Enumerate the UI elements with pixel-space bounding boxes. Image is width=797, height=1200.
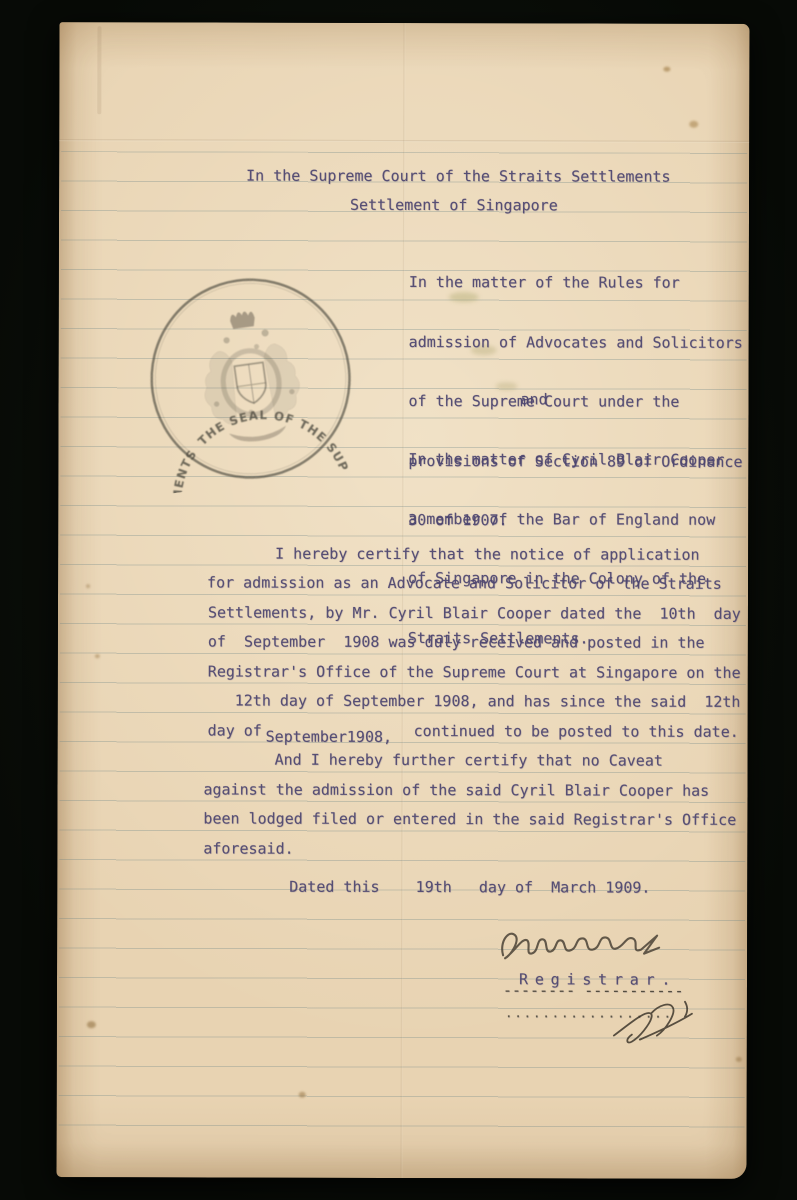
edge-smudge <box>97 26 101 114</box>
body-line: And I hereby further certify that no Cav… <box>275 753 663 769</box>
stain-spot <box>87 1021 96 1028</box>
stain-spot <box>95 654 100 658</box>
photograph-background: THE SEAL OF THE SUPREME COURT OF THE STR… <box>0 0 797 1200</box>
body-line: aforesaid. <box>203 841 293 856</box>
body-line: 12th day of September 1908, and has sinc… <box>235 694 741 710</box>
dated-line: Dated this 19th day of March 1909. <box>289 880 650 896</box>
body-line-segment: day of <box>208 723 262 738</box>
body-line: against the admission of the said Cyril … <box>203 782 709 798</box>
matter2-line: a member of the Bar of England now <box>408 512 724 542</box>
and-connector: and <box>521 392 548 407</box>
body-line: for admission as an Advocate and Solicit… <box>207 575 722 591</box>
matter1-line: admission of Advocates and Solicitors <box>409 335 743 365</box>
stain-spot <box>299 1092 306 1098</box>
body-line: Settlements, by Mr. Cyril Blair Cooper d… <box>208 605 741 621</box>
stain-spot <box>736 1057 742 1062</box>
body-line-segment: continued to be posted to this date. <box>414 724 739 740</box>
stain-spot <box>689 121 698 128</box>
heading-court: In the Supreme Court of the Straits Sett… <box>246 169 670 185</box>
stain-spot <box>663 67 670 72</box>
registrar-signature <box>495 923 667 971</box>
document-page: THE SEAL OF THE SUPREME COURT OF THE STR… <box>56 22 749 1179</box>
body-line: I hereby certify that the notice of appl… <box>275 547 699 563</box>
matter1-line: of the Supreme Court under the <box>408 394 742 424</box>
clerk-initials-signature <box>602 992 710 1054</box>
body-line: of September 1908 was duly received and … <box>208 634 705 650</box>
body-line-segment-inserted-date: September1908, <box>266 730 392 745</box>
stain-spot <box>86 584 90 588</box>
matter2-line: In the matter of Cyril Blair Cooper <box>408 452 724 482</box>
heading-settlement: Settlement of Singapore <box>350 198 558 214</box>
body-line: Registrar's Office of the Supreme Court … <box>208 664 741 680</box>
body-line: been lodged filed or entered in the said… <box>203 811 736 827</box>
supreme-court-seal-stamp: THE SEAL OF THE SUPREME COURT OF THE STR… <box>134 262 366 494</box>
matter1-line: In the matter of the Rules for <box>409 275 743 305</box>
